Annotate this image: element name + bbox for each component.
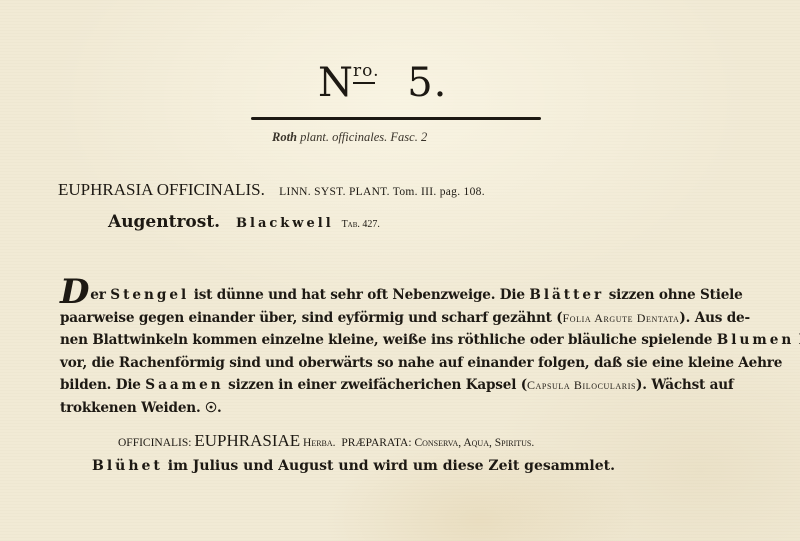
description-paragraph: Der Stengel ist dünne und hat sehr oft N…	[60, 282, 700, 420]
header-rule	[251, 117, 541, 120]
tab-reference: Tab. 427.	[342, 219, 380, 230]
praeparata-label: PRÆPARATA:	[341, 437, 411, 449]
species-heading: EUPHRASIA OFFICINALIS. LINN. SYST. PLANT…	[58, 180, 485, 200]
description-line-2: paarweise gegen einander über, sind eyfö…	[60, 307, 700, 330]
officinal-label: OFFICINALIS:	[118, 437, 191, 449]
latin-term: Capsula Bilocularis	[527, 378, 636, 392]
description-line-6: trokkenen Weiden. ☉.	[60, 397, 700, 420]
bloom-text: im Julius und August und wird um diese Z…	[163, 458, 615, 474]
latin-term: Folia Argute Dentata	[562, 311, 679, 325]
number-prefix: N	[318, 60, 354, 106]
praeparata-list: Conserva, Aqua, Spiritus.	[414, 437, 534, 449]
officinal-herba: Herba.	[303, 437, 336, 449]
description-line-4: vor, die Rachenförmig sind und oberwärts…	[60, 352, 700, 375]
description-line-1: Der Stengel ist dünne und hat sehr oft N…	[60, 282, 700, 307]
linnaeus-reference: LINN. SYST. PLANT. Tom. III. pag. 108.	[279, 186, 485, 198]
bloom-keyword: Blühet	[92, 458, 163, 474]
flowering-note: Blühet im Julius und August und wird um …	[92, 458, 615, 474]
description-line-5: bilden. Die Saamen sizzen in einer zweif…	[60, 374, 700, 397]
german-name-line: Augentrost. Blackwell Tab. 427.	[108, 212, 380, 232]
description-line-3: nen Blattwinkeln kommen einzelne kleine,…	[60, 329, 700, 352]
species-latin-name: EUPHRASIA OFFICINALIS.	[58, 180, 265, 199]
source-author: Roth	[272, 130, 297, 144]
blackwell-reference: Blackwell	[236, 216, 334, 231]
german-name: Augentrost.	[108, 212, 220, 232]
source-text: plant. officinales. Fasc. 2	[297, 130, 427, 144]
officinal-name: EUPHRASIAE	[194, 431, 300, 450]
source-citation: Roth plant. officinales. Fasc. 2	[272, 130, 427, 145]
officinal-line: OFFICINALIS: EUPHRASIAE Herba. PRÆPARATA…	[118, 431, 534, 451]
number-superscript: ro.	[353, 61, 379, 81]
number-value: 5.	[407, 60, 447, 106]
plate-number: Nro. 5.	[318, 60, 447, 106]
